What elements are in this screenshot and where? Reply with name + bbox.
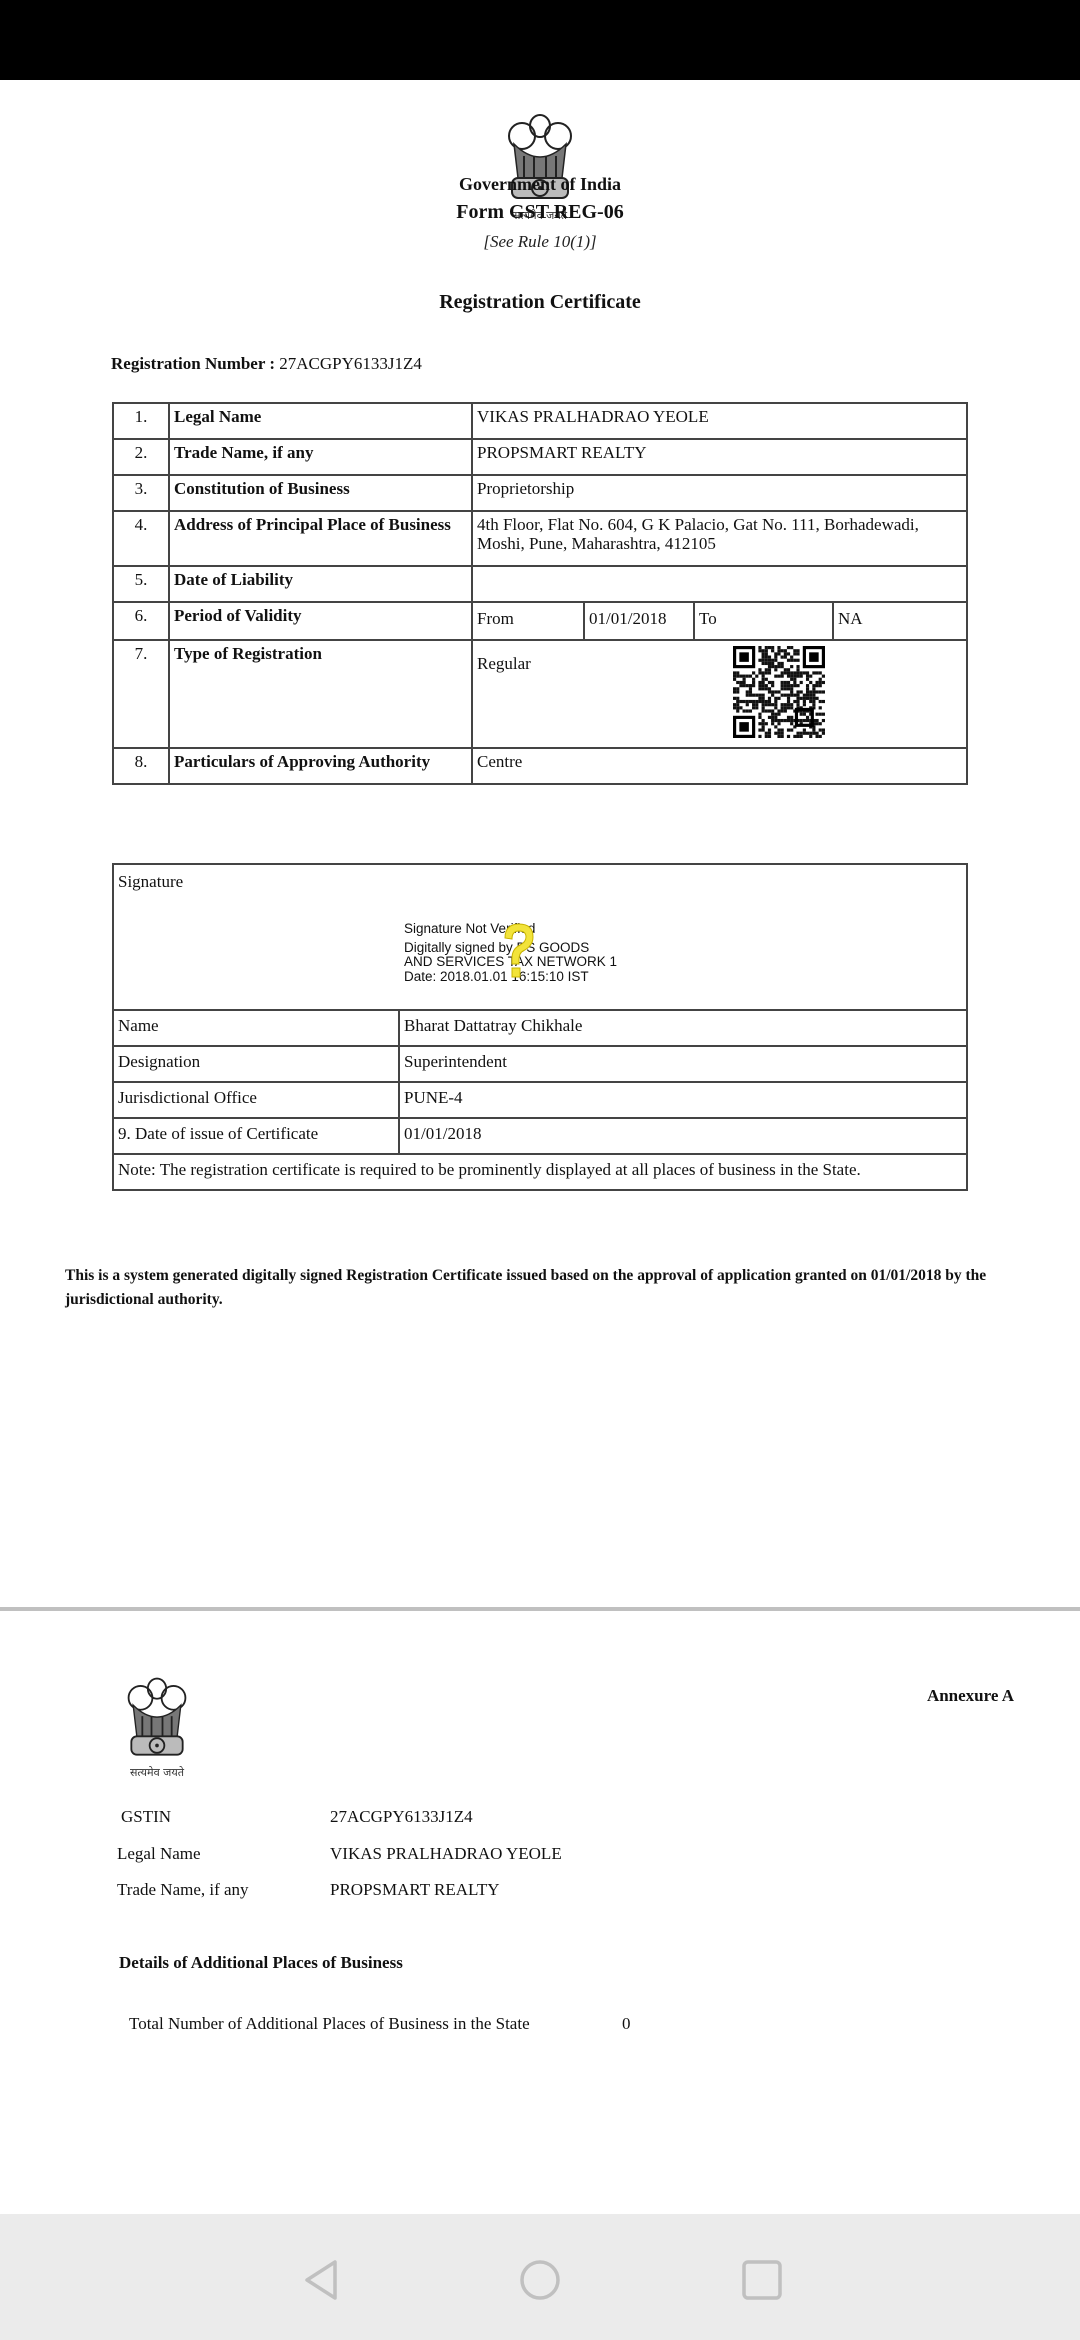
- emblem-motto: सत्यमेव जयते: [124, 1765, 190, 1780]
- certificate-details-table: 1. Legal Name VIKAS PRALHADRAO YEOLE 2. …: [112, 402, 968, 785]
- row-label: Trade Name, if any: [169, 439, 472, 475]
- constitution-value: Proprietorship: [472, 475, 967, 511]
- registration-number-label: Registration Number :: [111, 354, 275, 373]
- gstin-value: 27ACGPY6133J1Z4: [330, 1807, 473, 1827]
- system-navigation-bar: [0, 2214, 1080, 2340]
- table-row-authority-name: Name Bharat Dattatray Chikhale: [113, 1010, 967, 1046]
- row-number: 1.: [113, 403, 169, 439]
- trade-name-value: PROPSMART REALTY: [330, 1880, 500, 1900]
- table-row-note: Note: The registration certificate is re…: [113, 1154, 967, 1190]
- legal-name-label: Legal Name: [117, 1844, 201, 1864]
- additional-places-label: Total Number of Additional Places of Bus…: [129, 2014, 530, 2033]
- table-row-trade-name: 2. Trade Name, if any PROPSMART REALTY: [113, 439, 967, 475]
- row-number: 6.: [113, 602, 169, 640]
- home-circle-icon[interactable]: [518, 2258, 562, 2302]
- authority-label: Name: [113, 1010, 399, 1046]
- row-label: Period of Validity: [169, 602, 472, 640]
- row-label: Type of Registration: [169, 640, 472, 748]
- trade-name-value: PROPSMART REALTY: [472, 439, 967, 475]
- row-number: 4.: [113, 511, 169, 566]
- trade-name-label: Trade Name, if any: [117, 1880, 249, 1900]
- signature-label: Signature: [118, 872, 183, 891]
- authority-name-value: Bharat Dattatray Chikhale: [399, 1010, 967, 1046]
- date-of-liability-value: [472, 566, 967, 602]
- row-label: Date of Liability: [169, 566, 472, 602]
- back-triangle-icon[interactable]: [299, 2258, 343, 2302]
- row-number: 3.: [113, 475, 169, 511]
- table-row-legal-name: 1. Legal Name VIKAS PRALHADRAO YEOLE: [113, 403, 967, 439]
- registration-number-value: 27ACGPY6133J1Z4: [279, 354, 422, 373]
- government-heading: Government of India: [0, 174, 1080, 195]
- table-row-type-of-registration: 7. Type of Registration Regular: [113, 640, 967, 748]
- authority-label: Jurisdictional Office: [113, 1082, 399, 1118]
- system-generated-note: This is a system generated digitally sig…: [65, 1264, 1025, 1312]
- additional-places-heading: Details of Additional Places of Business: [119, 1953, 403, 1973]
- row-number: 2.: [113, 439, 169, 475]
- table-row-approving-authority: 8. Particulars of Approving Authority Ce…: [113, 748, 967, 784]
- type-of-registration-cell: Regular: [472, 640, 967, 748]
- table-row-designation: Designation Superintendent: [113, 1046, 967, 1082]
- legal-name-value: VIKAS PRALHADRAO YEOLE: [330, 1844, 562, 1864]
- legal-name-value: VIKAS PRALHADRAO YEOLE: [472, 403, 967, 439]
- type-of-registration-value: Regular: [477, 654, 531, 673]
- row-label: Legal Name: [169, 403, 472, 439]
- status-bar: [0, 0, 1080, 80]
- authority-label: Designation: [113, 1046, 399, 1082]
- form-number: Form GST REG-06: [0, 201, 1080, 224]
- table-row-period-of-validity: 6. Period of Validity From 01/01/2018 To…: [113, 602, 967, 640]
- annexure-title: Annexure A: [927, 1686, 1014, 1706]
- authority-label: 9. Date of issue of Certificate: [113, 1118, 399, 1154]
- row-label: Particulars of Approving Authority: [169, 748, 472, 784]
- period-of-validity-cell: From 01/01/2018 To NA: [472, 602, 967, 640]
- registration-number: Registration Number : 27ACGPY6133J1Z4: [111, 354, 422, 374]
- designation-value: Superintendent: [399, 1046, 967, 1082]
- signature-block: Signature Signature Not Verified Digital…: [113, 864, 967, 1010]
- approving-authority-value: Centre: [472, 748, 967, 784]
- qr-code-icon: [733, 646, 825, 738]
- date-of-issue-value: 01/01/2018: [399, 1118, 967, 1154]
- table-row-jurisdictional-office: Jurisdictional Office PUNE-4: [113, 1082, 967, 1118]
- recents-square-icon[interactable]: [740, 2258, 784, 2302]
- row-number: 5.: [113, 566, 169, 602]
- gstin-label: GSTIN: [121, 1807, 171, 1827]
- additional-places-count: 0: [622, 2014, 631, 2034]
- rule-reference: [See Rule 10(1)]: [0, 232, 1080, 252]
- row-number: 7.: [113, 640, 169, 748]
- annexure-national-emblem: सत्यमेव जयते: [124, 1673, 190, 1780]
- row-label: Constitution of Business: [169, 475, 472, 511]
- to-date: NA: [832, 603, 966, 639]
- signature-unverified-question-icon: [499, 922, 539, 980]
- row-number: 8.: [113, 748, 169, 784]
- table-row-date-of-liability: 5. Date of Liability: [113, 566, 967, 602]
- jurisdictional-office-value: PUNE-4: [399, 1082, 967, 1118]
- certificate-title: Registration Certificate: [0, 291, 1080, 314]
- lion-capital-icon: [124, 1673, 190, 1763]
- display-note: Note: The registration certificate is re…: [113, 1154, 967, 1190]
- row-label: Address of Principal Place of Business: [169, 511, 472, 566]
- additional-places-row: Total Number of Additional Places of Bus…: [129, 2014, 530, 2034]
- table-row-address: 4. Address of Principal Place of Busines…: [113, 511, 967, 566]
- table-row-date-of-issue: 9. Date of issue of Certificate 01/01/20…: [113, 1118, 967, 1154]
- from-date: 01/01/2018: [583, 603, 693, 639]
- address-value: 4th Floor, Flat No. 604, G K Palacio, Ga…: [472, 511, 967, 566]
- signature-table: Signature Signature Not Verified Digital…: [112, 863, 968, 1191]
- table-row-constitution: 3. Constitution of Business Proprietorsh…: [113, 475, 967, 511]
- to-label: To: [693, 603, 832, 639]
- from-label: From: [473, 603, 583, 639]
